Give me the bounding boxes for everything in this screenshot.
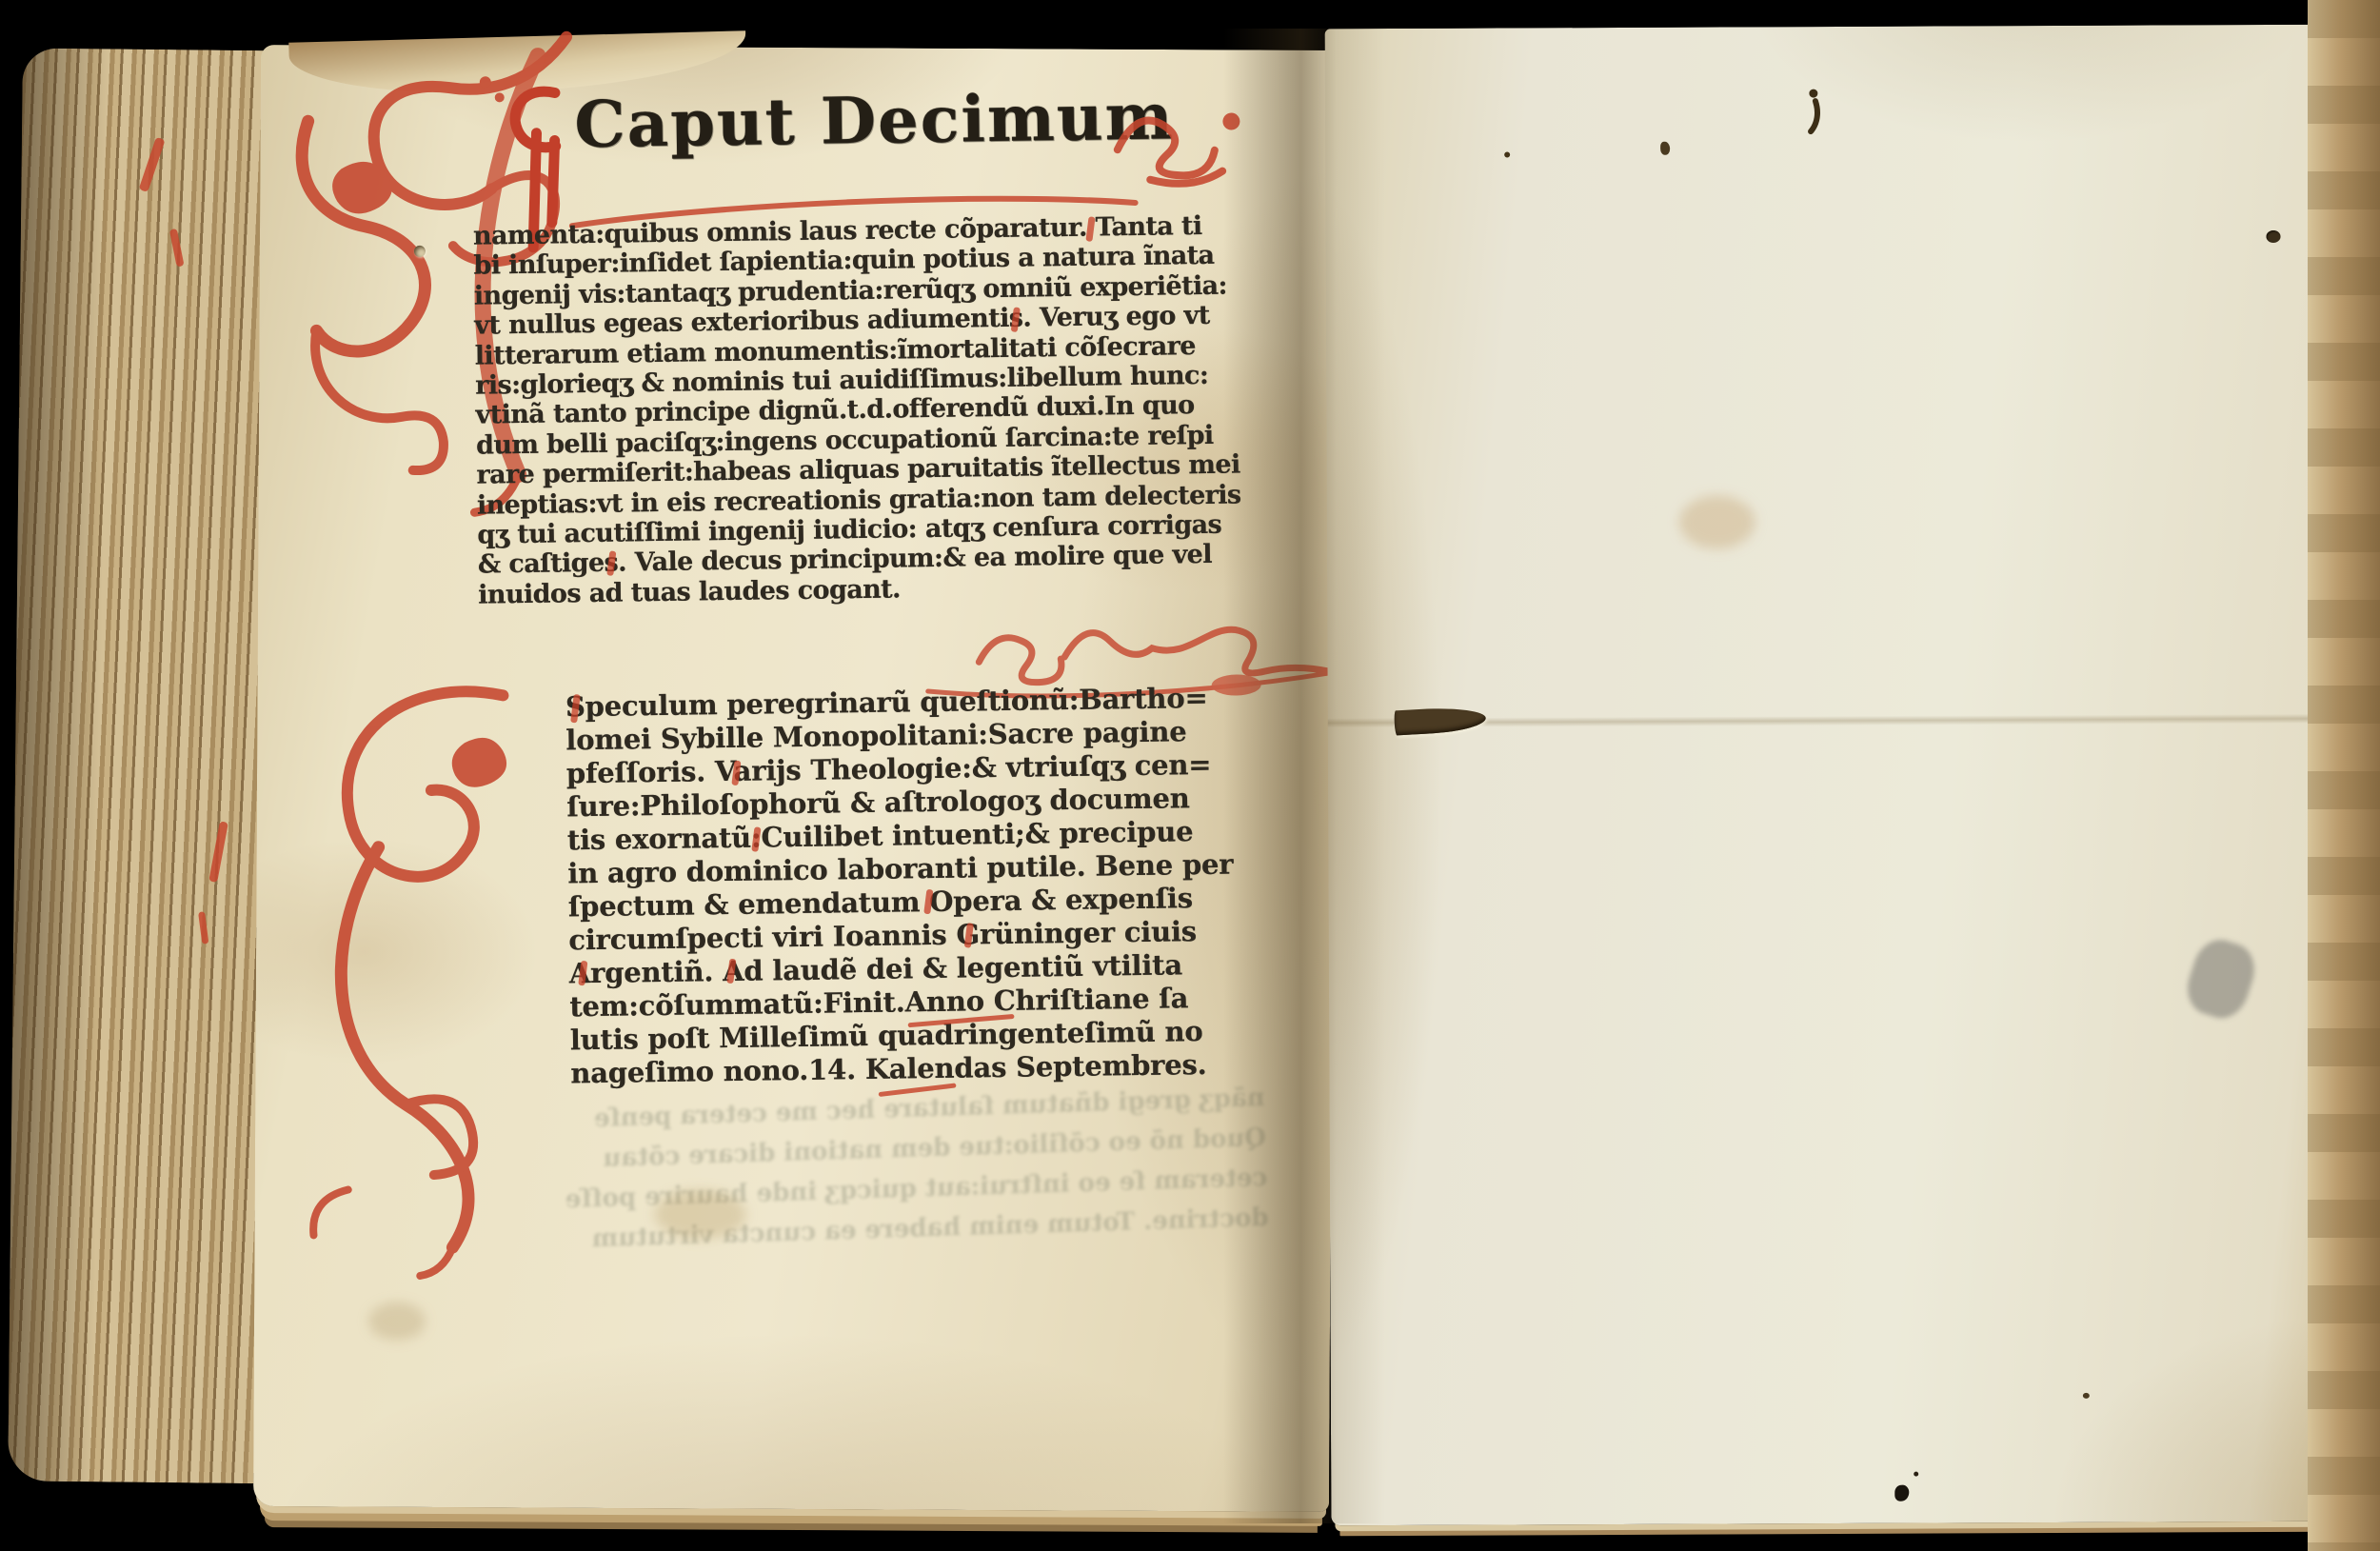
pencil-smudge <box>2180 933 2261 1024</box>
paper-stain <box>368 1302 426 1341</box>
ink-drip <box>1894 1485 1909 1501</box>
left-page: Caput Decimum namenta:quibus omnis laus … <box>253 45 1337 1512</box>
show-through-text: nãqʒ gregi dñatum ſalutare hec me cetera… <box>474 1078 1269 1263</box>
ink-speck <box>1504 151 1510 157</box>
wormhole <box>2267 230 2281 243</box>
ink-blot <box>1803 88 1828 137</box>
right-page <box>1325 25 2341 1526</box>
photo-stage: Caput Decimum namenta:quibus omnis laus … <box>0 0 2380 1551</box>
paper-stain <box>654 1189 745 1240</box>
ink-speck <box>1660 142 1670 155</box>
ink-speck <box>1914 1472 1918 1477</box>
red-edge-mark <box>169 229 185 268</box>
dedication-paragraph: namenta:quibus omnis laus recte cõparatu… <box>473 210 1269 610</box>
red-edge-mark <box>139 137 166 192</box>
title-end-flourish <box>1109 79 1273 205</box>
red-edge-mark <box>208 821 228 883</box>
wormhole <box>414 246 426 257</box>
printed-text-block: Caput Decimum namenta:quibus omnis laus … <box>247 40 1342 1517</box>
colophon-paragraph: Speculum peregrinarũ queſtionũ:Bartho=lo… <box>565 681 1276 1090</box>
ink-speck <box>2083 1393 2090 1399</box>
paper-stain <box>1679 495 1755 548</box>
paper-tear <box>1394 706 1486 735</box>
vellum-binding-edge <box>2308 0 2380 1551</box>
chapter-title: Caput Decimum <box>574 78 1175 162</box>
red-edge-mark <box>198 911 208 945</box>
